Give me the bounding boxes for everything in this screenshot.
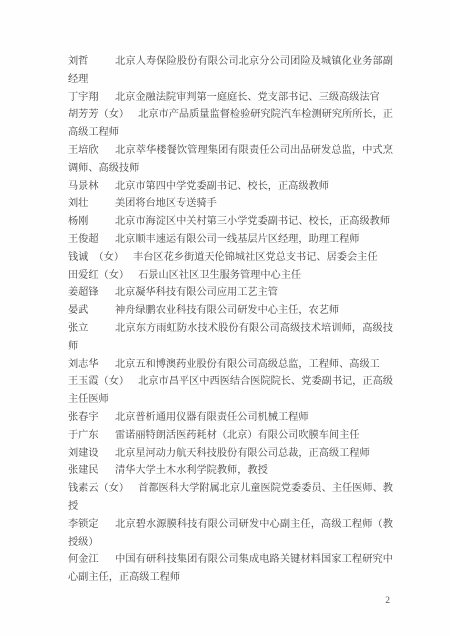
person-title: 北京星河动力航天科技股份有限公司总裁，正高级工程师 — [115, 448, 370, 459]
person-entry: 丁宇翔北京金融法院审判第一庭庭长、党支部书记、三级高级法官 — [68, 89, 393, 107]
person-name: 姜超锋 — [68, 284, 115, 302]
person-title: 北京萃华楼餐饮管理集团有限责任公司出品研发总监，中式烹调师、高级技师 — [68, 145, 393, 174]
person-entry: 胡芳芳（女）北京市产品质量监督检验研究院汽车检测研究所所长，正高级工程师 — [68, 106, 393, 142]
person-name: 钱素云（女） — [68, 480, 138, 498]
person-title: 雷诺丽特朗活医药耗材（北京）有限公司吹膜车间主任 — [115, 430, 360, 441]
person-name: 钱诚 （女） — [68, 249, 133, 267]
person-name: 马景林 — [68, 178, 115, 196]
person-name: 晏武 — [68, 302, 115, 320]
person-title: 中国有研科技集团有限公司集成电路关键材料国家工程研究中心副主任，正高级工程师 — [68, 554, 393, 583]
person-name: 杨刚 — [68, 213, 115, 231]
person-entry: 钱素云（女）首都医科大学附属北京儿童医院党委委员、主任医师、教授 — [68, 480, 393, 516]
person-title: 石景山区社区卫生服务管理中心主任 — [138, 270, 301, 281]
person-name: 张春宇 — [68, 409, 115, 427]
person-name: 王俊超 — [68, 231, 115, 249]
person-entry: 刘哲北京人寿保险股份有限公司北京分公司团险及城镇化业务部副经理 — [68, 53, 393, 89]
person-name: 胡芳芳（女） — [68, 106, 138, 124]
person-title: 北京凝华科技有限公司应用工艺主管 — [115, 287, 278, 298]
person-entry: 马景林北京市第四中学党委副书记、校长，正高级教师 — [68, 178, 393, 196]
person-name: 刘壮 — [68, 195, 115, 213]
document-page: 刘哲北京人寿保险股份有限公司北京分公司团险及城镇化业务部副经理丁宇翔北京金融法院… — [0, 0, 450, 636]
person-entry: 何金江中国有研科技集团有限公司集成电路关键材料国家工程研究中心副主任，正高级工程… — [68, 551, 393, 587]
person-name: 丁宇翔 — [68, 89, 115, 107]
person-name: 田爱红（女） — [68, 267, 138, 285]
person-title: 北京碧水源膜科技有限公司研发中心副主任，高级工程师（教授级） — [68, 519, 393, 548]
person-name: 李锁定 — [68, 516, 115, 534]
person-entry: 刘壮美团将台地区专送骑手 — [68, 195, 393, 213]
person-title: 北京顺丰速运有限公司一线基层片区经理，助理工程师 — [115, 234, 360, 245]
person-entry: 张建民清华大学土木水利学院教师，教授 — [68, 462, 393, 480]
person-name: 何金江 — [68, 551, 115, 569]
person-title: 丰台区花乡街道天伦锦城社区党总支书记、居委会主任 — [133, 252, 378, 263]
person-name: 于广东 — [68, 427, 115, 445]
person-title: 北京东方雨虹防水技术股份有限公司高级技术培训师，高级技师 — [68, 323, 393, 352]
person-name: 刘建设 — [68, 445, 115, 463]
person-name: 王玉霞（女） — [68, 373, 138, 391]
person-entry: 张立北京东方雨虹防水技术股份有限公司高级技术培训师，高级技师 — [68, 320, 393, 356]
person-name: 刘哲 — [68, 53, 115, 71]
person-title: 北京人寿保险股份有限公司北京分公司团险及城镇化业务部副经理 — [68, 56, 393, 85]
person-entry: 王俊超北京顺丰速运有限公司一线基层片区经理，助理工程师 — [68, 231, 393, 249]
person-entry: 杨刚北京市海淀区中关村第三小学党委副书记、校长，正高级教师 — [68, 213, 393, 231]
person-title: 北京五和博澳药业股份有限公司高级总监，工程师、高级工 — [115, 359, 380, 370]
person-title: 北京市海淀区中关村第三小学党委副书记、校长，正高级教师 — [115, 216, 390, 227]
page-number: 2 — [385, 596, 390, 606]
person-title: 神舟绿鹏农业科技有限公司研发中心主任，农艺师 — [115, 305, 339, 316]
person-entry: 刘志华北京五和博澳药业股份有限公司高级总监，工程师、高级工 — [68, 356, 393, 374]
person-title: 北京市第四中学党委副书记、校长，正高级教师 — [115, 181, 329, 192]
person-entry: 王培欣北京萃华楼餐饮管理集团有限责任公司出品研发总监，中式烹调师、高级技师 — [68, 142, 393, 178]
person-entry: 张春宇北京普析通用仪器有限责任公司机械工程师 — [68, 409, 393, 427]
person-name: 张建民 — [68, 462, 115, 480]
person-entry: 刘建设北京星河动力航天科技股份有限公司总裁，正高级工程师 — [68, 445, 393, 463]
person-entry: 姜超锋北京凝华科技有限公司应用工艺主管 — [68, 284, 393, 302]
person-name: 刘志华 — [68, 356, 115, 374]
person-title: 北京普析通用仪器有限责任公司机械工程师 — [115, 412, 309, 423]
person-entry: 王玉霞（女）北京市昌平区中西医结合医院院长、党委副书记，正高级主任医师 — [68, 373, 393, 409]
person-entry: 晏武神舟绿鹏农业科技有限公司研发中心主任，农艺师 — [68, 302, 393, 320]
person-entry: 于广东雷诺丽特朗活医药耗材（北京）有限公司吹膜车间主任 — [68, 427, 393, 445]
person-entry: 钱诚 （女）丰台区花乡街道天伦锦城社区党总支书记、居委会主任 — [68, 249, 393, 267]
person-title: 清华大学土木水利学院教师，教授 — [115, 465, 268, 476]
person-entry: 田爱红（女）石景山区社区卫生服务管理中心主任 — [68, 267, 393, 285]
person-entry: 李锁定北京碧水源膜科技有限公司研发中心副主任，高级工程师（教授级） — [68, 516, 393, 552]
person-name: 王培欣 — [68, 142, 115, 160]
person-title: 美团将台地区专送骑手 — [115, 198, 217, 209]
people-list: 刘哲北京人寿保险股份有限公司北京分公司团险及城镇化业务部副经理丁宇翔北京金融法院… — [68, 53, 393, 587]
person-title: 北京金融法院审判第一庭庭长、党支部书记、三级高级法官 — [115, 92, 380, 103]
person-name: 张立 — [68, 320, 115, 338]
